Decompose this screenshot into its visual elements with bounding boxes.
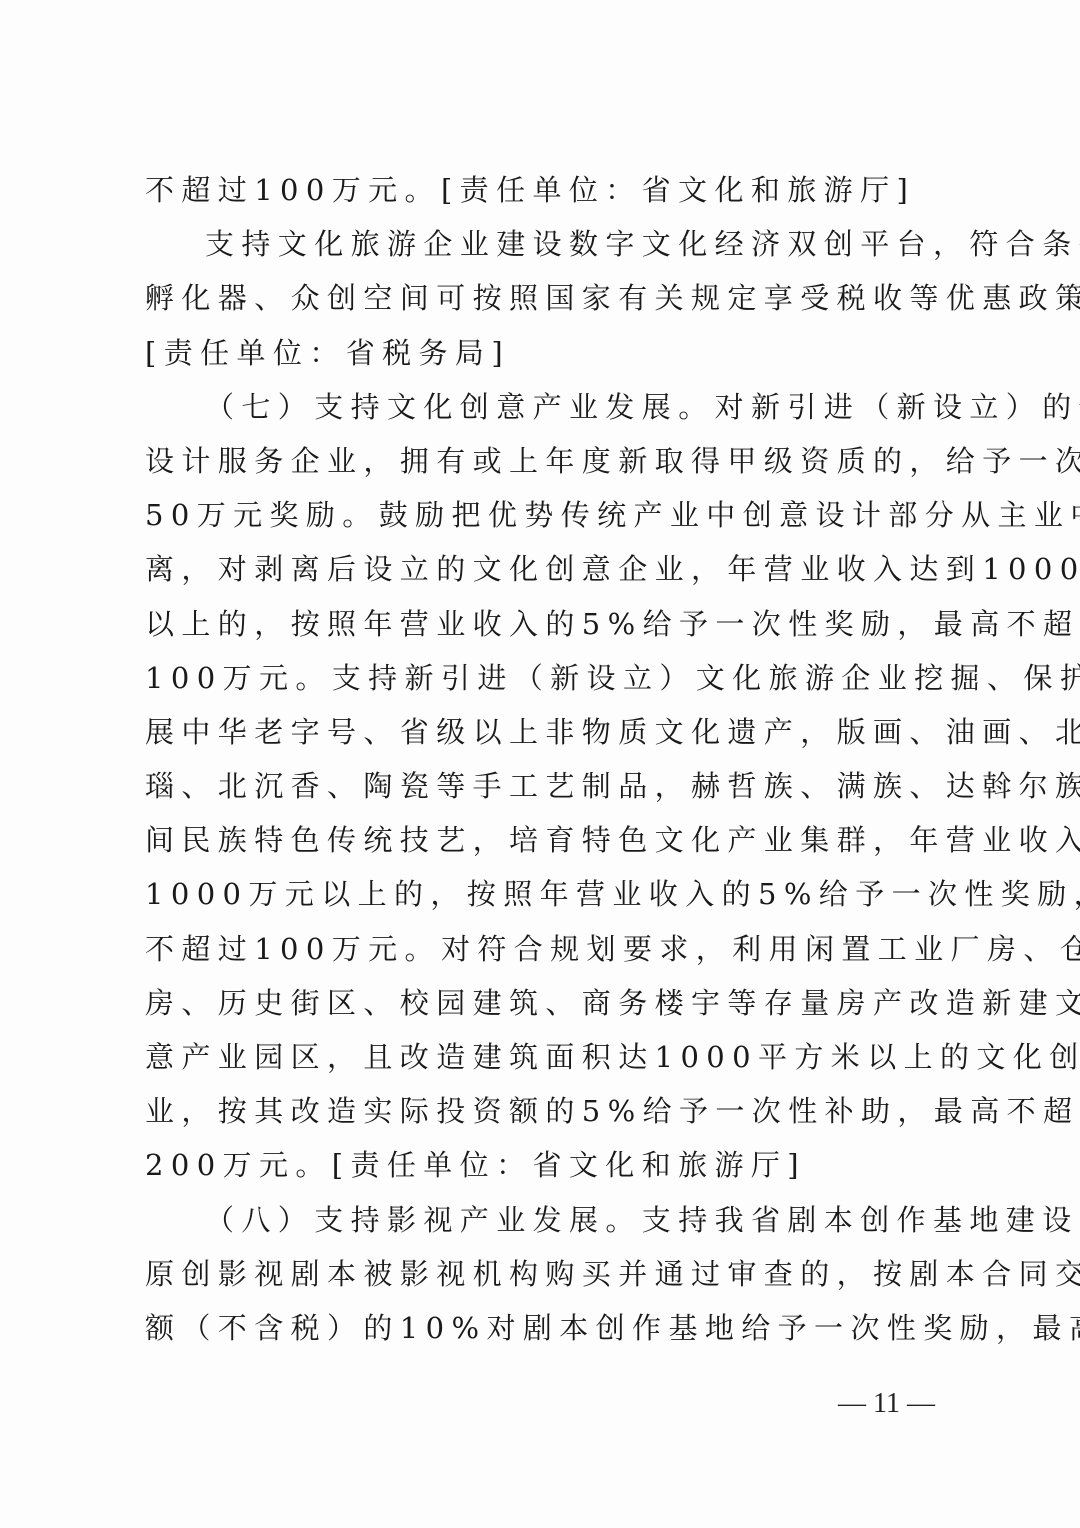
text-line: 100万元。支持新引进（新设立）文化旅游企业挖掘、保护、发 [145,651,935,705]
text-line: 支持文化旅游企业建设数字文化经济双创平台，符合条件的 [145,217,935,271]
text-line: 200万元。[责任单位：省文化和旅游厅] [145,1138,935,1192]
text-line: 以上的，按照年营业收入的5%给予一次性奖励，最高不超过 [145,597,935,651]
text-line: 不超过100万元。[责任单位：省文化和旅游厅] [145,163,935,217]
body-text: 不超过100万元。[责任单位：省文化和旅游厅]支持文化旅游企业建设数字文化经济双… [145,163,945,1355]
text-line: 1000万元以上的，按照年营业收入的5%给予一次性奖励，最高 [145,867,935,921]
text-line: 不超过100万元。对符合规划要求，利用闲置工业厂房、仓储用 [145,922,935,976]
text-line: 50万元奖励。鼓励把优势传统产业中创意设计部分从主业中剥 [145,488,935,542]
text-line: 孵化器、众创空间可按照国家有关规定享受税收等优惠政策。 [145,271,935,325]
text-line: 设计服务企业，拥有或上年度新取得甲级资质的，给予一次性 [145,434,935,488]
text-line: （七）支持文化创意产业发展。对新引进（新设立）的创意 [145,380,935,434]
text-line: （八）支持影视产业发展。支持我省剧本创作基地建设，对 [145,1193,935,1247]
text-line: [责任单位：省税务局] [145,326,935,380]
text-line: 间民族特色传统技艺，培育特色文化产业集群，年营业收入达到 [145,813,935,867]
text-line: 业，按其改造实际投资额的5%给予一次性补助，最高不超过 [145,1084,935,1138]
page-number: — 11 — [838,1388,935,1420]
document-page: 不超过100万元。[责任单位：省文化和旅游厅]支持文化旅游企业建设数字文化经济双… [0,0,1080,1528]
text-line: 展中华老字号、省级以上非物质文化遗产，版画、油画、北红玛 [145,705,935,759]
text-line: 房、历史街区、校园建筑、商务楼宇等存量房产改造新建文化创 [145,976,935,1030]
text-line: 原创影视剧本被影视机构购买并通过审查的，按剧本合同交易金 [145,1247,935,1301]
text-line: 额（不含税）的10%对剧本创作基地给予一次性奖励，最高不 [145,1301,935,1355]
text-line: 意产业园区，且改造建筑面积达1000平方米以上的文化创意企 [145,1030,935,1084]
text-line: 离，对剥离后设立的文化创意企业，年营业收入达到1000万元 [145,542,935,596]
text-line: 瑙、北沉香、陶瓷等手工艺制品，赫哲族、满族、达斡尔族等民 [145,759,935,813]
